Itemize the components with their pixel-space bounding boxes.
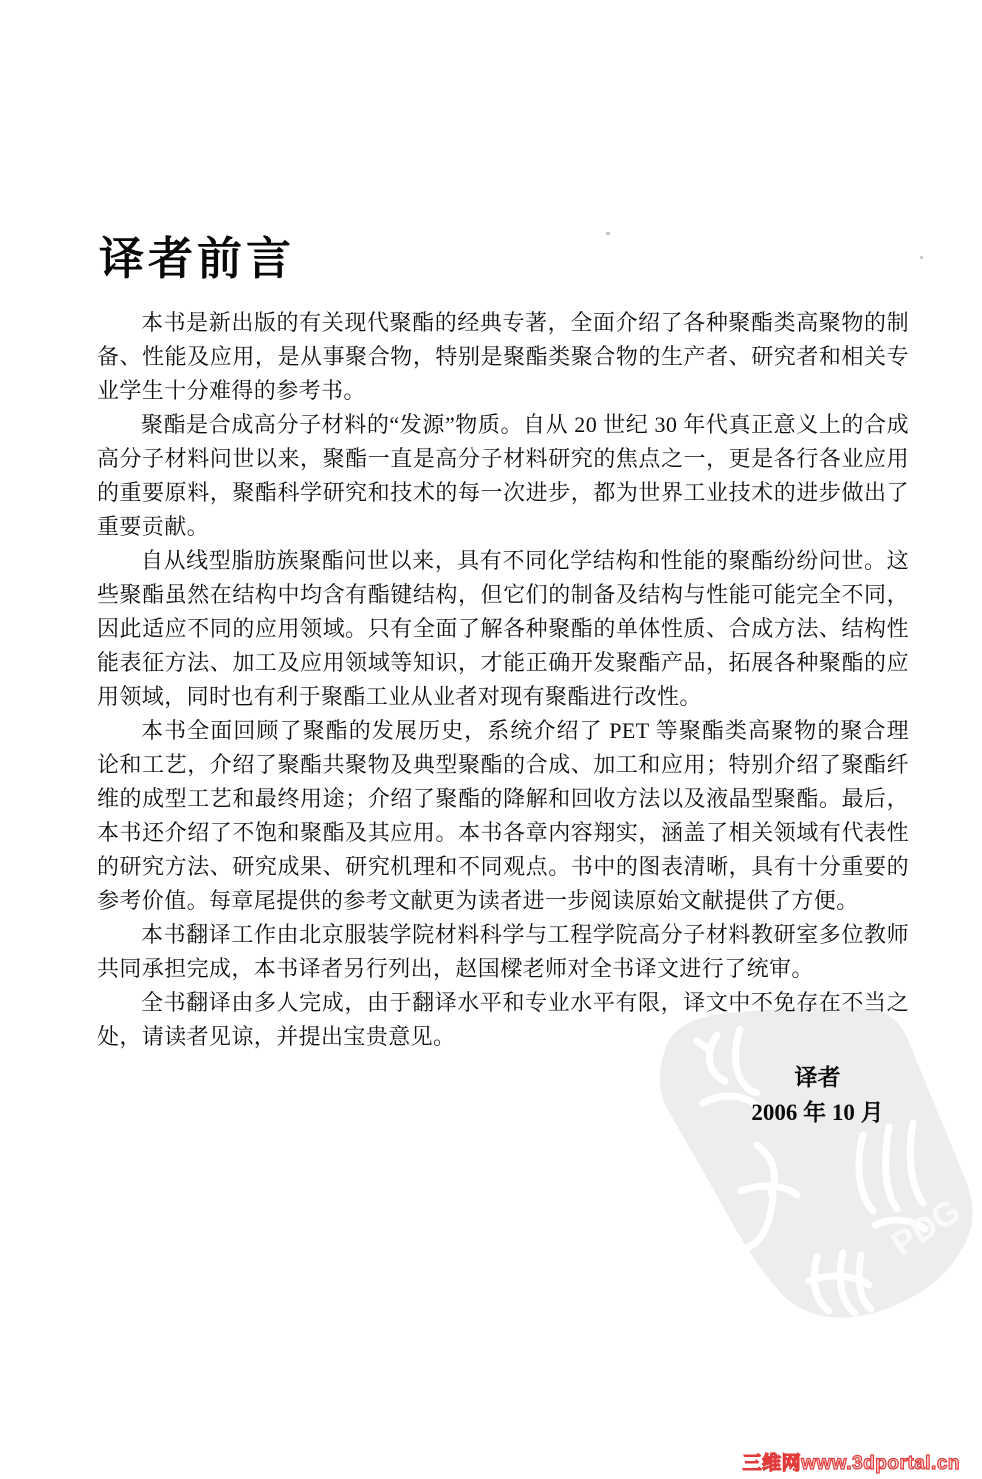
- paragraph: 全书翻译由多人完成，由于翻译水平和专业水平有限，译文中不免存在不当之处，请读者见…: [97, 986, 909, 1054]
- page-title: 译者前言: [99, 222, 295, 287]
- paragraph: 自从线型脂肪族聚酯问世以来，具有不同化学结构和性能的聚酯纷纷问世。这些聚酯虽然在…: [97, 544, 909, 714]
- preface-body: 本书是新出版的有关现代聚酯的经典专著，全面介绍了各种聚酯类高聚物的制备、性能及应…: [97, 306, 909, 1054]
- scan-speck: [606, 232, 610, 235]
- site-watermark: 三维网www.3dportal.cn: [743, 1448, 960, 1475]
- signature-block: 译者 2006 年 10 月: [730, 1060, 905, 1130]
- scan-speck: [920, 256, 923, 259]
- paragraph: 本书全面回顾了聚酯的发展历史，系统介绍了 PET 等聚酯类高聚物的聚合理论和工艺…: [97, 714, 909, 918]
- scanned-book-page: 译者前言 本书是新出版的有关现代聚酯的经典专著，全面介绍了各种聚酯类高聚物的制备…: [0, 0, 982, 1479]
- signature-date: 2006 年 10 月: [730, 1095, 905, 1130]
- paragraph: 本书翻译工作由北京服装学院材料科学与工程学院高分子材料教研室多位教师共同承担完成…: [97, 918, 909, 986]
- paragraph: 聚酯是合成高分子材料的“发源”物质。自从 20 世纪 30 年代真正意义上的合成…: [97, 408, 909, 544]
- signature-author: 译者: [730, 1060, 905, 1095]
- paragraph: 本书是新出版的有关现代聚酯的经典专著，全面介绍了各种聚酯类高聚物的制备、性能及应…: [97, 306, 909, 408]
